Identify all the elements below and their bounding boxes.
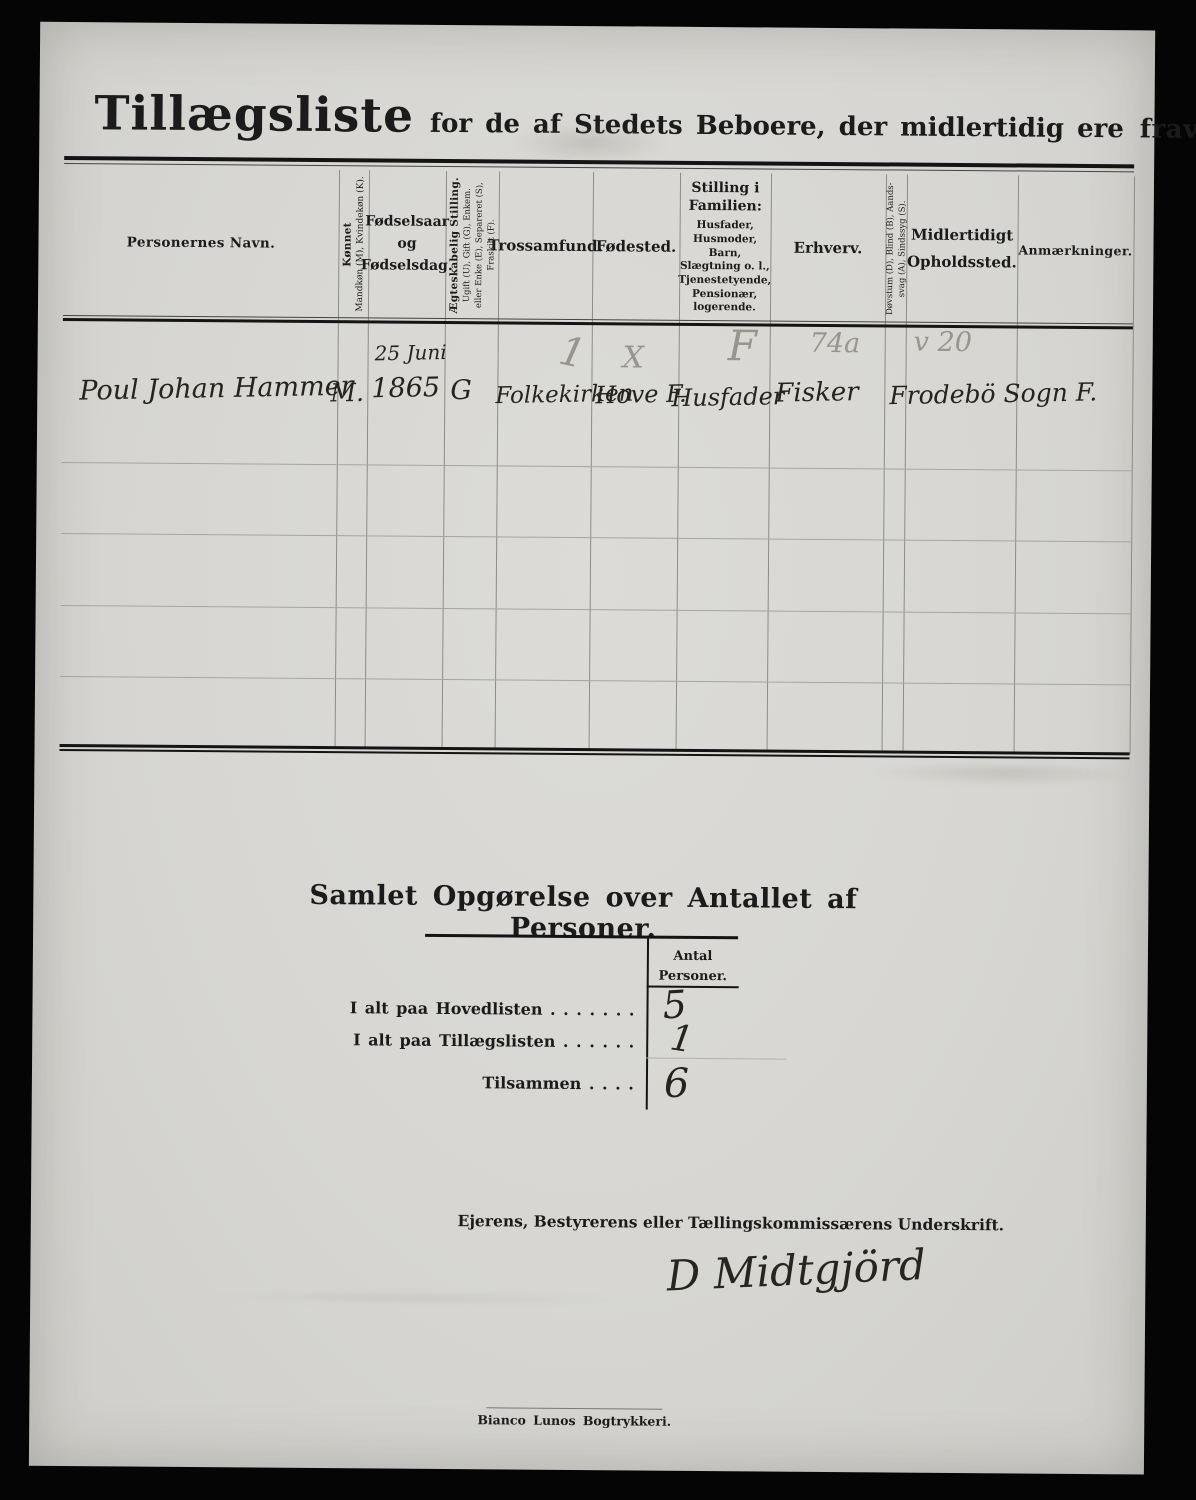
summary-value-tillaegslisten: 1 bbox=[667, 1017, 696, 1061]
column-header-label: Stilling i Familien: bbox=[680, 179, 771, 216]
pencil-mark-foedested: X bbox=[622, 340, 644, 375]
column-header-label: Personernes Navn. bbox=[127, 234, 276, 251]
column-header-label-line2: og bbox=[397, 234, 416, 256]
pencil-mark-opholdssted: v 20 bbox=[914, 327, 972, 358]
page-title-subtitle-bold: fraværende. bbox=[1140, 114, 1196, 145]
column-header-stilling-i-familien: Stilling i Familien: Husfader, Husmoder,… bbox=[679, 173, 771, 322]
bleed-through-smudge bbox=[509, 121, 669, 164]
column-header-doevstum: Døvstum (D), Blind (B), Aands- svag (A),… bbox=[885, 174, 907, 322]
row1-family-position-entry: Husfader bbox=[671, 382, 784, 412]
column-header-label-line1: Fødselsaar bbox=[365, 212, 449, 234]
bleed-through-smudge bbox=[200, 1291, 620, 1304]
column-header-koennet: Kønnet Mandkøn (M), Kvindekøn (K). bbox=[338, 170, 369, 318]
signature-handwriting: D Midtgjörd bbox=[665, 1240, 926, 1300]
column-header-label-line3: Fødselsdag. bbox=[361, 255, 453, 277]
column-header-sublabel: Husfader, Husmoder, Barn, Slægtning o. l… bbox=[678, 219, 772, 315]
pencil-mark-stilling: F bbox=[728, 321, 758, 370]
column-header-midlertidigt-opholdssted: Midlertidigt Opholdssted. bbox=[906, 175, 1018, 324]
summary-value-tilsammen: 6 bbox=[663, 1061, 689, 1107]
summary-row-label-tillaegslisten: I alt paa Tillægslisten . . . . . . bbox=[272, 1030, 634, 1052]
row1-marital-status-entry: G bbox=[450, 375, 472, 406]
summary-row-label-hovedlisten: I alt paa Hovedlisten . . . . . . . bbox=[272, 998, 634, 1020]
printer-imprint: Bianco Lunos Bogtrykkeri. bbox=[449, 1412, 699, 1429]
row1-occupation-entry: Fisker bbox=[775, 377, 859, 409]
summary-row-label-tilsammen: Tilsammen . . . . bbox=[272, 1072, 634, 1094]
column-header-anmaerkninger: Anmærkninger. bbox=[1017, 175, 1134, 324]
column-header-label: Anmærkninger. bbox=[1018, 242, 1132, 258]
column-header-sublabel: Mandkøn (M), Kvindekøn (K). bbox=[355, 177, 366, 312]
column-header-foedselsaar: Fødselsaar og Fødselsdag. bbox=[368, 170, 446, 319]
table-row-line bbox=[60, 676, 1130, 685]
row1-temporary-residence-entry: Frodebö Sogn F. bbox=[889, 377, 1097, 410]
column-header-label: Kønnet bbox=[341, 222, 353, 267]
column-header-label: Fødested. bbox=[596, 237, 677, 256]
scan-background: Tillægsliste for de af Stedets Beboere, … bbox=[0, 0, 1196, 1500]
column-header-label: Ægteskabelig Stilling. bbox=[447, 177, 460, 313]
column-header-sublabel-2: eller Enke (E), Separeret (S), bbox=[474, 182, 485, 308]
table-row-line bbox=[62, 462, 1132, 471]
column-header-label: Erhverv. bbox=[793, 239, 862, 258]
column-header-sublabel-1: Ugift (U), Gift (G), Enkem. bbox=[462, 188, 473, 302]
summary-count-column-header: Antal Personer. bbox=[649, 947, 737, 987]
row1-sex-entry: M. bbox=[330, 378, 364, 408]
pencil-mark-trossamfund: 1 bbox=[555, 328, 590, 378]
column-header-personernes-navn: Personernes Navn. bbox=[63, 168, 339, 318]
page-title-main: Tillægsliste bbox=[94, 86, 414, 144]
pencil-mark-erhverv: 74a bbox=[810, 328, 861, 359]
census-form-page: Tillægsliste for de af Stedets Beboere, … bbox=[29, 22, 1155, 1475]
column-header-label-line1: Døvstum (D), Blind (B), Aands- bbox=[884, 182, 895, 315]
footer-rule bbox=[486, 1407, 662, 1409]
column-header-foedested: Fødested. bbox=[592, 172, 680, 321]
row1-birthyear-entry: 1865 bbox=[371, 372, 440, 404]
row1-birthday-entry: 25 Juni bbox=[374, 340, 446, 365]
column-header-erhverv: Erhverv. bbox=[770, 174, 886, 323]
table-row-line bbox=[61, 533, 1131, 542]
summary-count-header-line1: Antal bbox=[649, 947, 737, 967]
bleed-through-smudge bbox=[869, 760, 1139, 786]
column-header-label: Midlertidigt Opholdssted. bbox=[906, 222, 1017, 277]
column-header-label: Trossamfund. bbox=[488, 236, 603, 255]
table-row-line bbox=[61, 605, 1131, 614]
row1-name-entry: Poul Johan Hammer bbox=[79, 371, 354, 407]
signature-label: Ejerens, Bestyrerens eller Tællingskommi… bbox=[411, 1211, 1051, 1235]
column-header-trossamfund: Trossamfund. bbox=[498, 171, 593, 320]
